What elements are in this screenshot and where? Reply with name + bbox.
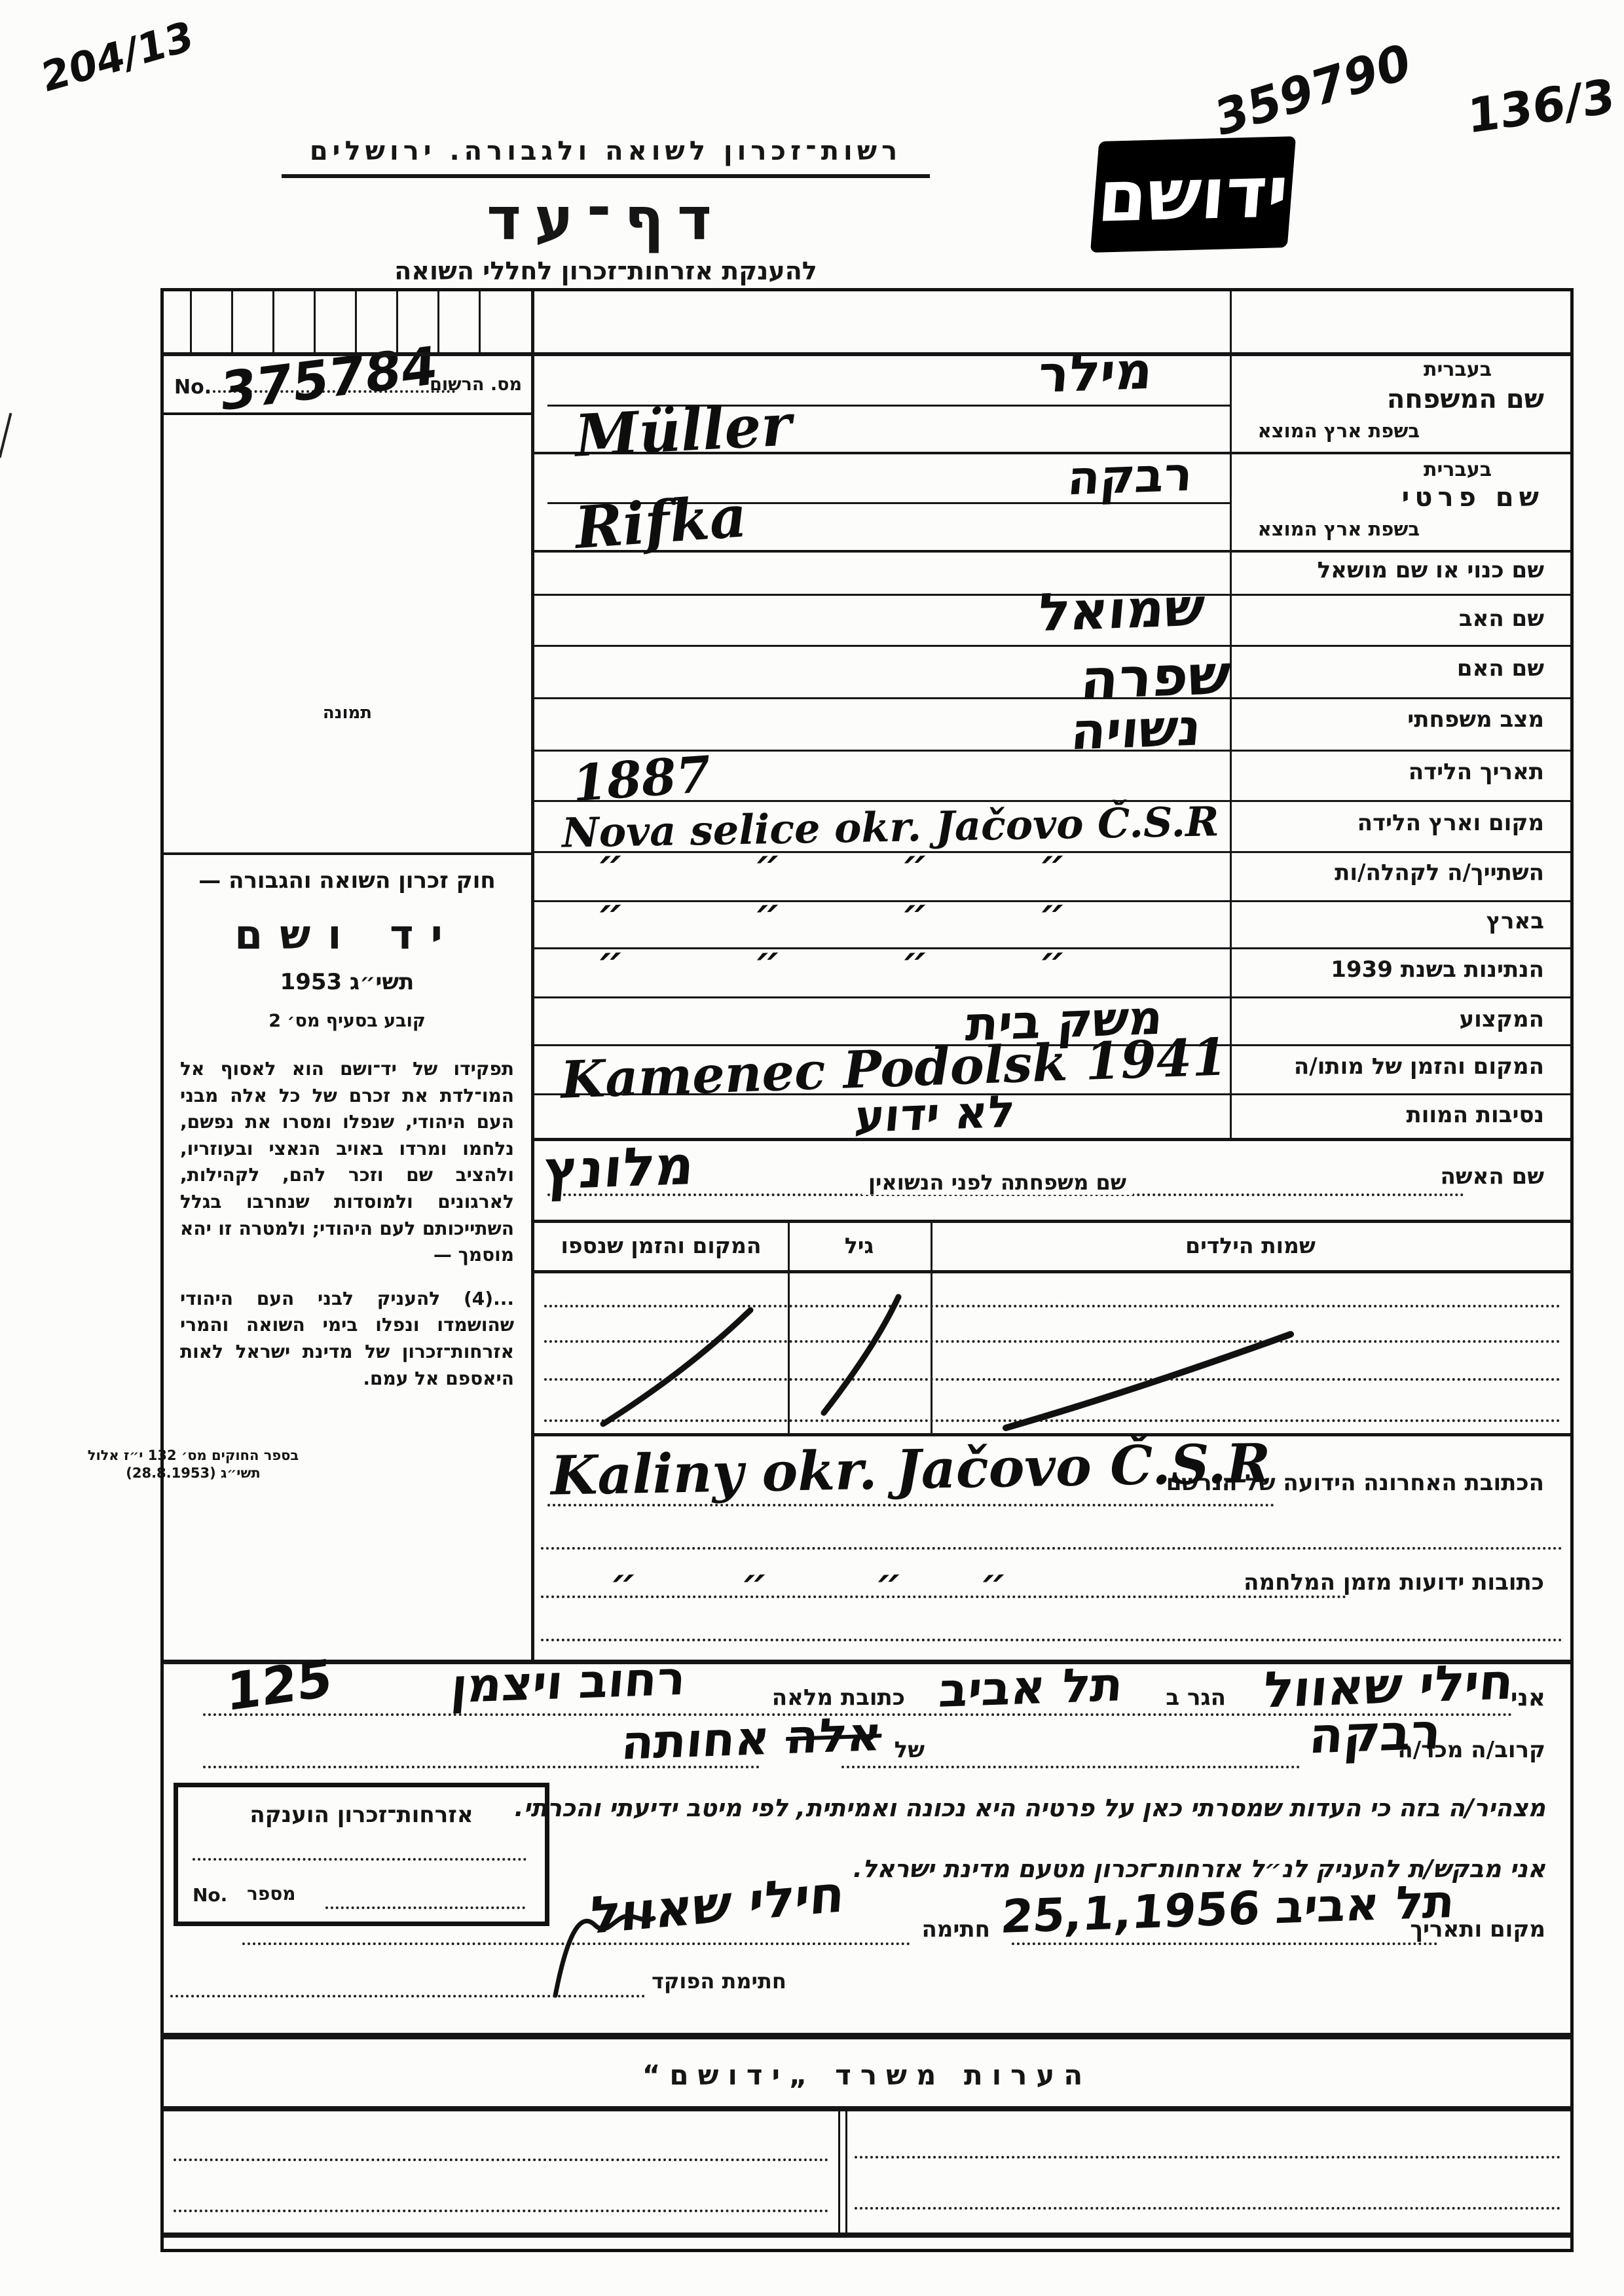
of-label: של [889, 1737, 930, 1763]
first-name-lang-top: בעברית [1424, 458, 1492, 481]
profession-label: המקצוע [1459, 1006, 1544, 1032]
scan-artifact [0, 413, 12, 458]
ditto-mark: ״ [752, 890, 783, 935]
comb-tick [272, 291, 274, 352]
notes-dotted-right [855, 2156, 1560, 2159]
last-address-dotted [547, 1504, 1274, 1506]
ditto-mark: ״ [899, 890, 930, 935]
handwritten-residence: תל אביב [937, 1656, 1126, 1718]
wartime-address-label: כתובות ידועות מזמן המלחמה [1244, 1569, 1544, 1595]
handwritten-first-name-origin: Rifka [573, 482, 749, 562]
office-notes-title: הערות משרד „ידושם“ [164, 2059, 1570, 2091]
citizenship-box-title: אזרחות־זכרון הוענקה [178, 1802, 545, 1828]
table-header-perished: המקום והזמן שנספו [534, 1233, 788, 1258]
handwritten-struck-word: אלה [784, 1706, 884, 1764]
ditto-mark: ״ [978, 1559, 1008, 1605]
comb-tick [314, 291, 316, 352]
row-line [534, 645, 1570, 647]
photo-label: תמונה [164, 703, 531, 723]
yad-vashem-logo-text: ידושם [1095, 151, 1291, 238]
handwritten-marital-status: נשויה [1069, 699, 1204, 762]
marital-status-label: מצב משפחתי [1407, 706, 1544, 733]
handwritten-last-address: Kaliny okr. Jačovo Č.S.R [550, 1432, 1271, 1507]
death-place-label: המקום והזמן של מותו/ה [1294, 1053, 1544, 1080]
father-name-label: שם האב [1459, 606, 1544, 632]
address-dotted [541, 1547, 1562, 1550]
death-circumstances-label: נסיבות המוות [1406, 1102, 1544, 1128]
comb-tick [479, 291, 481, 352]
fields-region: בעברית שם המשפחה בשפת ארץ המוצא מילר Mül… [534, 291, 1570, 1660]
clerk-signature-label: חתימת הפוקד [652, 1969, 786, 1994]
handwritten-file-number: 136/3 [1467, 68, 1615, 144]
notes-separator [160, 2033, 1574, 2039]
law-heading-1: חוק זכרון השואה והגבורה — [180, 867, 514, 894]
ditto-mark: ״ [739, 1559, 769, 1605]
handwritten-family-name-origin: Müller [574, 390, 794, 469]
handwritten-first-name-hebrew: רבקה [1065, 446, 1195, 506]
law-heading-4: קובע בסעיף מס׳ 2 [180, 1011, 514, 1031]
authority-underline [282, 174, 930, 178]
ditto-mark: ״ [899, 841, 930, 886]
handwritten-place-date: תל אביב 25,1,1956 [999, 1874, 1457, 1944]
form-box: No. מס. הרשום 375784 תמונה חוק זכרון השו… [160, 288, 1574, 2252]
resides-label: הגר ב [1162, 1685, 1230, 1711]
handwritten-death-circumstances: לא ידוע [853, 1086, 1017, 1143]
form-subtitle: להענקת אזרחות־זכרון לחללי השואה [275, 257, 936, 285]
full-address-label: כתובת מלאה [768, 1685, 909, 1711]
wartime-dotted [541, 1595, 1346, 1598]
first-name-label: שם פרטי [1402, 483, 1544, 513]
citizenship-box-dotted-2 [325, 1906, 525, 1909]
citizenship-box-no-label: No. [193, 1884, 227, 1906]
community-label: השתייך/ה לקהלה/ות [1335, 860, 1544, 886]
scanned-testimony-page: 204/13 359790 136/3 רשות־זכרון לשואה ולג… [0, 0, 1624, 2296]
statement-1: מצהיר/ה בזה כי העדות שמסרתי כאן על פרטיה… [393, 1794, 1545, 1822]
handwritten-address: רחוב ויצמן [449, 1650, 688, 1713]
clerk-signature-dotted [170, 1995, 645, 1997]
notes-box-center-divider [838, 2111, 847, 2236]
birth-date-label: תאריך הלידה [1409, 759, 1544, 785]
i-label: אני [1511, 1685, 1545, 1711]
ditto-mark: ״ [899, 938, 930, 983]
address-dotted-2 [541, 1639, 1562, 1641]
wife-label: שם האשה [1440, 1163, 1544, 1190]
wife-maiden-label: שם משפחתה לפני הנשואין [862, 1170, 1133, 1195]
notes-dotted-left [174, 2159, 828, 2161]
law-sidebar: חוק זכרון השואה והגבורה — יד ושם תשי״ג 1… [180, 867, 514, 1409]
citizenship-1939-label: הנתינות בשנת 1939 [1331, 957, 1544, 983]
table-header-names: שמות הילדים [931, 1233, 1570, 1258]
photo-bottom-line [164, 852, 531, 855]
labels-divider [1230, 291, 1232, 1138]
table-header-age: גיל [788, 1233, 931, 1258]
mother-name-label: שם האם [1457, 655, 1544, 682]
ditto-mark: ״ [595, 890, 625, 935]
left-column: No. מס. הרשום 375784 תמונה חוק זכרון השו… [164, 291, 531, 1660]
yad-vashem-logo: ידושם [1090, 136, 1296, 253]
signature-label: חתימה [917, 1916, 994, 1942]
birth-place-label: מקום וארץ הלידה [1357, 810, 1544, 836]
handwritten-of-value: אלה אחותה [619, 1706, 885, 1770]
ditto-mark: ״ [595, 841, 625, 886]
handwritten-relative-value: רבקה [1307, 1702, 1444, 1765]
law-heading-3: תשי״ג 1953 [180, 969, 514, 995]
notes-box-bottom [164, 2232, 1570, 2238]
handwritten-maiden-name: מלונץ [541, 1135, 697, 1202]
row-line [534, 697, 1570, 699]
notes-box-top [164, 2106, 1570, 2111]
strikethrough-marks [534, 1272, 1570, 1433]
declaration-line-2-dotted-left [203, 1766, 760, 1768]
family-name-lang-top: בעברית [1424, 358, 1492, 381]
handwritten-registry-number-top: 359790 [1212, 32, 1412, 148]
law-paragraph-1: תפקידו של יד־ושם הוא לאסוף אל המו־לדת את… [180, 1056, 514, 1269]
in-country-label: בארץ [1486, 908, 1544, 934]
handwritten-family-name-hebrew: מילר [1036, 342, 1155, 405]
handwritten-relationship: אחותה [619, 1710, 772, 1770]
registration-label: מס. הרשום [430, 374, 522, 395]
authority-title: רשות־זכרון לשואה ולגבורה. ירושלים [275, 136, 936, 166]
handwritten-corner-number: 204/13 [39, 11, 195, 102]
notes-dotted-left-2 [174, 2210, 828, 2212]
citizenship-box-dotted-1 [193, 1858, 526, 1861]
ditto-mark: ״ [1037, 890, 1067, 935]
handwritten-birth-date: 1887 [570, 745, 712, 813]
comb-tick [190, 291, 192, 352]
signature-row-dotted-right [1012, 1942, 1437, 1945]
notes-dotted-right-2 [855, 2207, 1560, 2210]
family-name-label: שם המשפחה [1387, 384, 1544, 414]
nickname-label: שם כנוי או שם מושאל [1318, 557, 1544, 583]
declaration-line-2-dotted-right [841, 1766, 1300, 1768]
ditto-mark: ״ [608, 1559, 638, 1605]
family-name-lang-bottom: בשפת ארץ המוצא [1258, 420, 1420, 442]
form-title: דף־עד [275, 185, 936, 253]
citizenship-box-number-label: מספר [247, 1883, 296, 1904]
photo-area: תמונה [164, 415, 531, 851]
comb-tick [231, 291, 233, 352]
ditto-mark: ״ [1037, 938, 1067, 983]
ditto-mark: ״ [1037, 841, 1067, 886]
ditto-mark: ״ [752, 938, 783, 983]
ditto-mark: ״ [873, 1559, 904, 1605]
citizenship-granted-box: אזרחות־זכרון הוענקה No. מספר [174, 1783, 549, 1926]
ditto-mark: ״ [595, 938, 625, 983]
ditto-mark: ״ [752, 841, 783, 886]
first-name-lang-bottom: בשפת ארץ המוצא [1258, 518, 1420, 540]
table-top-line [534, 1220, 1570, 1223]
law-paragraph-2: ...(4) להעניק לבני העם היהודי שהוש­מדו ו… [180, 1286, 514, 1392]
registration-row: No. מס. הרשום 375784 [164, 356, 531, 415]
handwritten-father-name: שמואל [1035, 577, 1207, 644]
law-heading-2: יד ושם [180, 911, 514, 958]
comb-tick [355, 291, 357, 352]
no-label: No. [174, 376, 212, 399]
